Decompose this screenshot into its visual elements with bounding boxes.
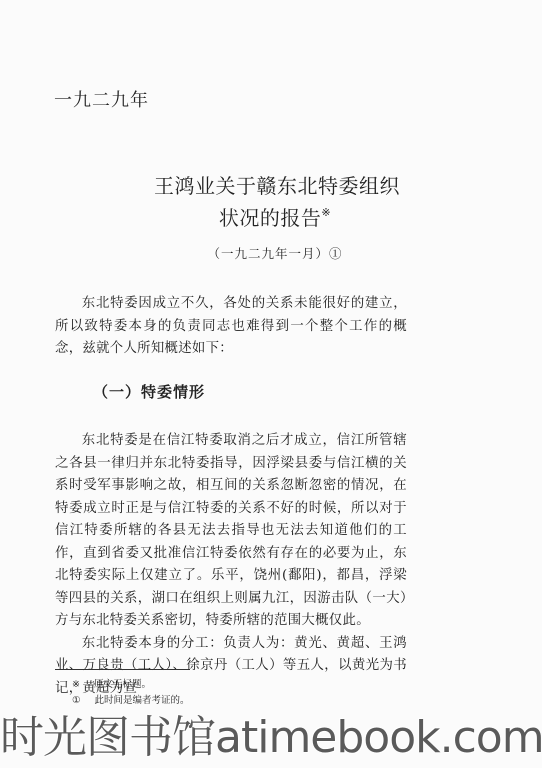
footnote-text: 原文无标题。	[94, 677, 151, 693]
intro-paragraph: 东北特委因成立不久，各处的关系未能很好的建立，所以致特委本身的负责同志也难得到一…	[55, 293, 407, 361]
intro-body: 东北特委因成立不久，各处的关系未能很好的建立，所以致特委本身的负责同志也难得到一…	[55, 293, 407, 361]
watermark: 时光图书馆atimebook.com	[0, 708, 542, 768]
document-title-line-2: 状况的报告※	[4, 202, 542, 231]
document-title-text: 状况的报告	[219, 206, 322, 230]
footnote-mark: ※	[72, 677, 80, 693]
document-date: （一九二九年一月）①	[0, 244, 542, 262]
footnote-mark: ①	[72, 693, 81, 709]
footnote-item: ① 此时间是编者考证的。	[72, 693, 190, 709]
year-heading: 一九二九年	[54, 86, 149, 112]
document-page: 一九二九年 王鸿业关于赣东北特委组织 状况的报告※ （一九二九年一月）① 东北特…	[0, 0, 542, 768]
title-footnote-mark: ※	[321, 206, 331, 219]
section-heading: （一）特委情形	[93, 381, 205, 402]
footnote-divider	[55, 669, 190, 670]
document-title-line-1: 王鸿业关于赣东北特委组织	[6, 170, 542, 199]
section-paragraph: 东北特委是在信江特委取消之后才成立，信江所管辖之各县一律归并东北特委指导，因浮梁…	[55, 430, 407, 633]
footnotes: ※ 原文无标题。 ① 此时间是编者考证的。	[72, 677, 190, 709]
footnote-item: ※ 原文无标题。	[72, 677, 190, 693]
section-body: 东北特委是在信江特委取消之后才成立，信江所管辖之各县一律归并东北特委指导，因浮梁…	[55, 430, 407, 700]
footnote-text: 此时间是编者考证的。	[95, 693, 190, 709]
